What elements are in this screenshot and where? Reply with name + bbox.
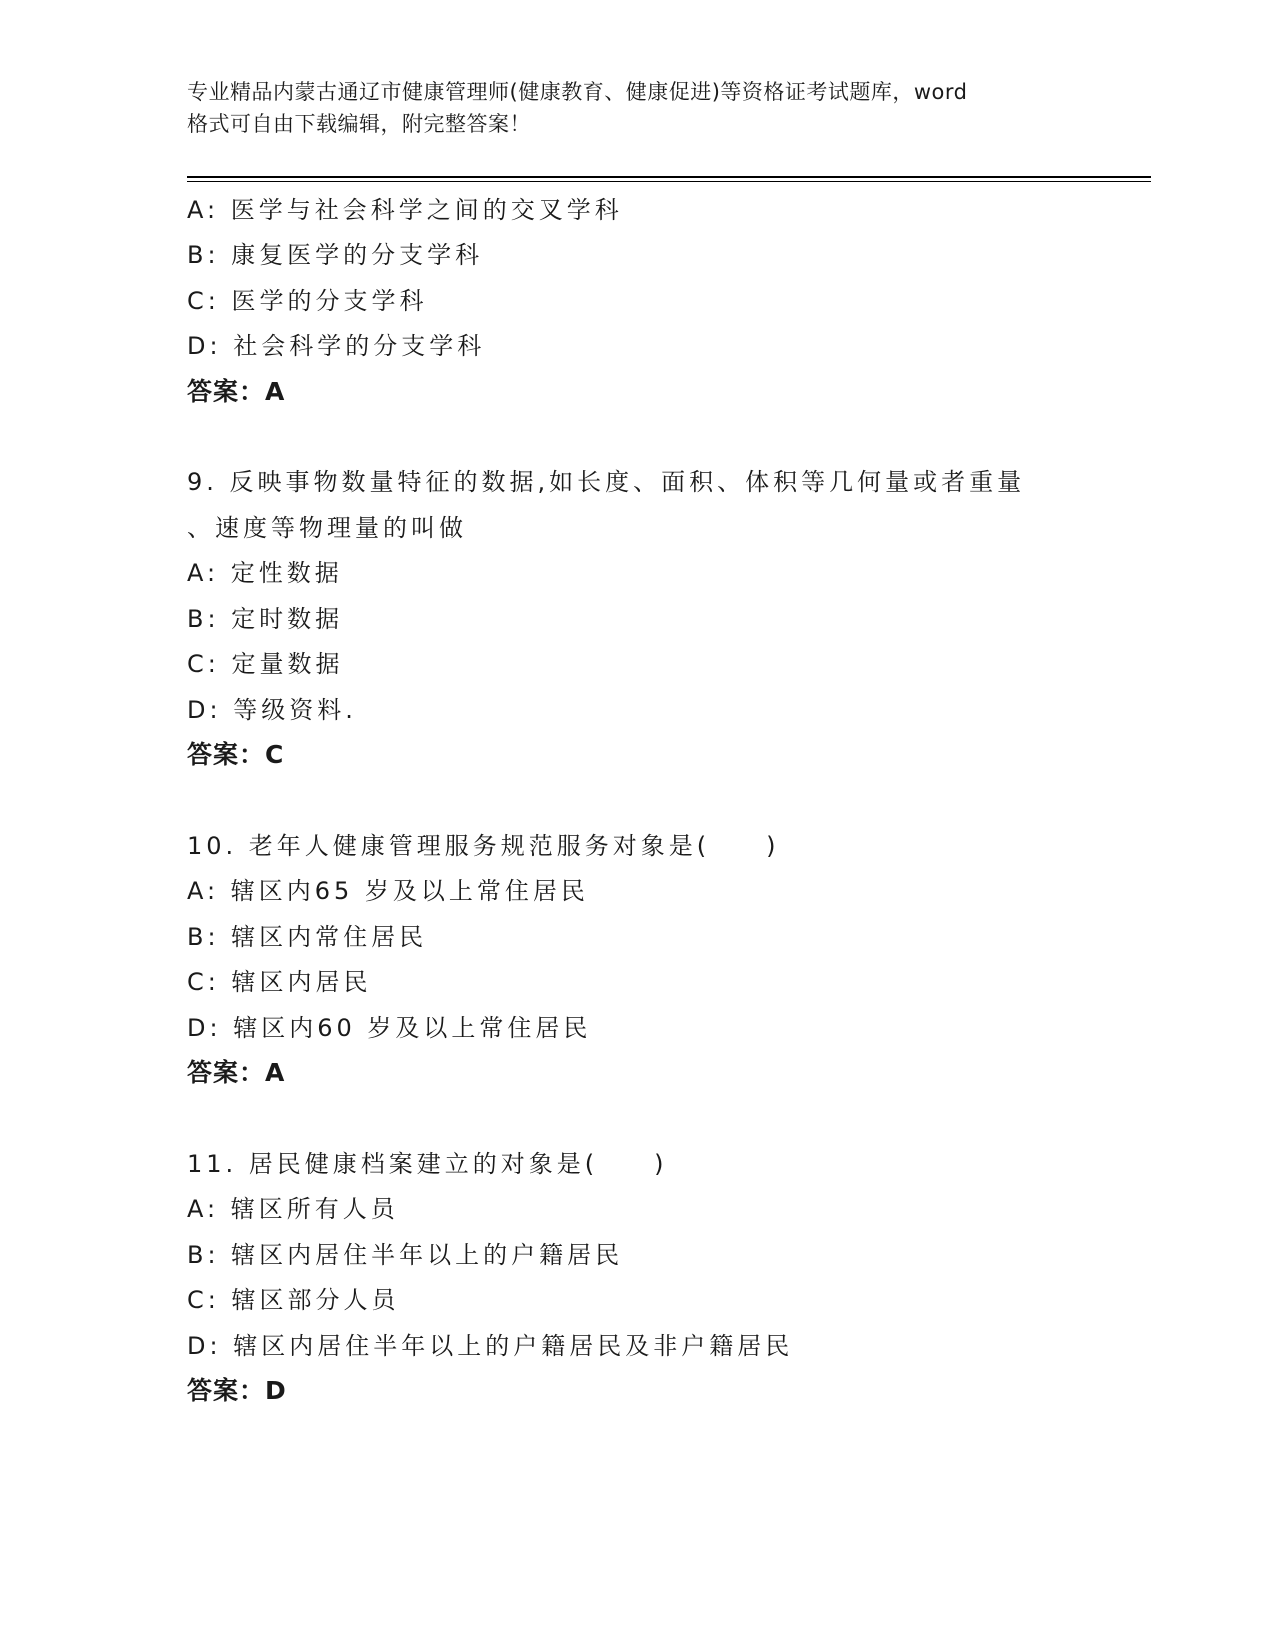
answer-label: 答案：D (187, 1376, 287, 1406)
answer-label: 答案：A (187, 377, 285, 407)
option-d: D: 社会科学的分支学科 (187, 331, 485, 361)
header-line-1: 专业精品内蒙古通辽市健康管理师(健康教育、健康促进)等资格证考试题库，word (187, 76, 1087, 108)
option-c: C: 定量数据 (187, 649, 343, 679)
answer-label: 答案：C (187, 740, 284, 770)
document-header: 专业精品内蒙古通辽市健康管理师(健康教育、健康促进)等资格证考试题库，word … (187, 76, 1087, 140)
question-stem: 10. 老年人健康管理服务规范服务对象是( ) (187, 831, 780, 861)
option-c: C: 医学的分支学科 (187, 286, 427, 316)
option-b: B: 辖区内居住半年以上的户籍居民 (187, 1240, 623, 1270)
question-stem: 11. 居民健康档案建立的对象是( ) (187, 1149, 668, 1179)
option-b: B: 康复医学的分支学科 (187, 240, 483, 270)
option-d: D: 等级资料. (187, 695, 357, 725)
option-a: A: 定性数据 (187, 558, 343, 588)
option-d: D: 辖区内居住半年以上的户籍居民及非户籍居民 (187, 1331, 793, 1361)
header-divider-thick (187, 176, 1151, 178)
option-c: C: 辖区部分人员 (187, 1285, 399, 1315)
option-a: A: 辖区所有人员 (187, 1194, 399, 1224)
question-stem: 9. 反映事物数量特征的数据,如长度、面积、体积等几何量或者重量 (187, 467, 1025, 497)
header-divider-thin (187, 181, 1151, 182)
option-d: D: 辖区内60 岁及以上常住居民 (187, 1013, 591, 1043)
option-a: A: 医学与社会科学之间的交叉学科 (187, 195, 623, 225)
header-line-2: 格式可自由下载编辑，附完整答案！ (187, 108, 1087, 140)
option-b: B: 辖区内常住居民 (187, 922, 427, 952)
option-c: C: 辖区内居民 (187, 967, 371, 997)
answer-label: 答案：A (187, 1058, 285, 1088)
option-a: A: 辖区内65 岁及以上常住居民 (187, 876, 589, 906)
document-page: 专业精品内蒙古通辽市健康管理师(健康教育、健康促进)等资格证考试题库，word … (0, 0, 1275, 1650)
question-stem-continued: 、速度等物理量的叫做 (187, 513, 467, 543)
option-b: B: 定时数据 (187, 604, 343, 634)
